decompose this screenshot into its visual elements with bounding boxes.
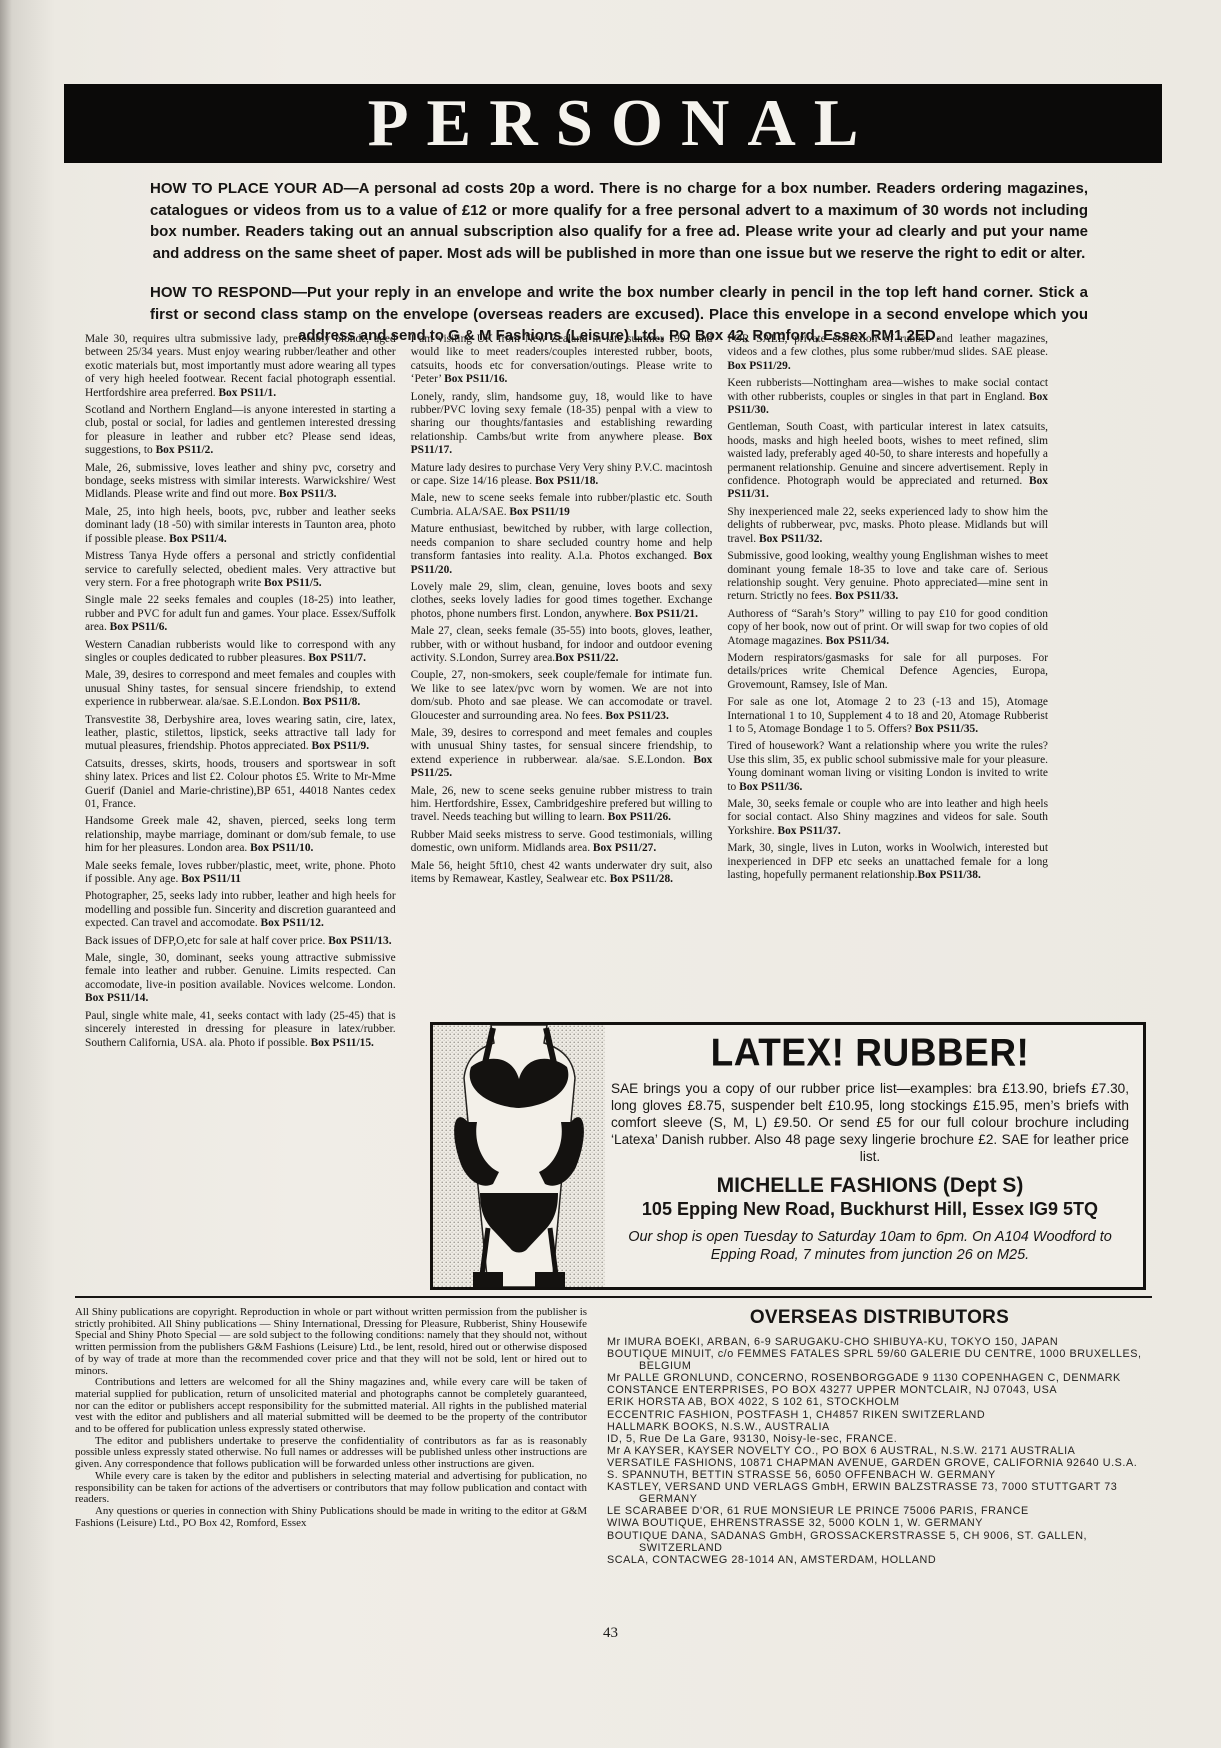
classified-ad: Male seeks female, loves rubber/plastic,… <box>85 860 396 887</box>
classified-ad: Male, 26, new to scene seeks genuine rub… <box>411 785 713 825</box>
latex-lingerie-illustration <box>433 1025 605 1287</box>
classified-ad: FOR SALE, private collection of rubber a… <box>727 333 1048 373</box>
distributor-entry: LE SCARABEE D'OR, 61 RUE MONSIEUR LE PRI… <box>607 1505 1152 1517</box>
magazine-page: PERSONAL HOW TO PLACE YOUR AD—A personal… <box>0 0 1221 1748</box>
classified-ad: For sale as one lot, Atomage 2 to 23 (-1… <box>727 696 1048 736</box>
how-to-place-ad-label: HOW TO PLACE YOUR AD <box>150 180 344 197</box>
box-number: Box PS11/32. <box>759 533 822 545</box>
classified-ad: Mistress Tanya Hyde offers a personal an… <box>85 550 396 590</box>
legal-paragraph: All Shiny publications are copyright. Re… <box>75 1307 587 1377</box>
distributor-entry: BOUTIQUE MINUIT, c/o FEMMES FATALES SPRL… <box>607 1348 1152 1372</box>
classified-ad: Male, single, 30, dominant, seeks young … <box>85 952 396 1006</box>
classified-ad: Western Canadian rubberists would like t… <box>85 639 396 666</box>
classified-ad: Mature enthusiast, bewitched by rubber, … <box>411 523 713 577</box>
classified-ad: Male, 39, desires to correspond and meet… <box>411 727 713 781</box>
box-number: Box PS11/6. <box>110 621 168 633</box>
classified-ad: Gentleman, South Coast, with particular … <box>727 421 1048 501</box>
distributor-entry: CONSTANCE ENTERPRISES, PO BOX 43277 UPPE… <box>607 1384 1152 1396</box>
box-number: Box PS11/21. <box>635 608 698 620</box>
classified-ad: Male 56, height 5ft10, chest 42 wants un… <box>411 860 713 887</box>
box-number: Box PS11/2. <box>156 444 214 456</box>
legal-paragraph: Any questions or queries in connection w… <box>75 1506 587 1529</box>
classified-ad: Paul, single white male, 41, seeks conta… <box>85 1010 396 1050</box>
distributor-entry: HALLMARK BOOKS, N.S.W., AUSTRALIA <box>607 1421 1152 1433</box>
classified-ad: Back issues of DFP,O,etc for sale at hal… <box>85 935 396 948</box>
classified-ad: Male, 39, desires to correspond and meet… <box>85 669 396 709</box>
legal-paragraph: Contributions and letters are welcomed f… <box>75 1377 587 1436</box>
distributor-entry: Mr PALLE GRONLUND, CONCERNO, ROSENBORGGA… <box>607 1372 1152 1384</box>
latex-rubber-advert: LATEX! RUBBER! SAE brings you a copy of … <box>430 1022 1146 1290</box>
distributor-entry: BOUTIQUE DANA, SADANAS GmbH, GROSSACKERS… <box>607 1530 1152 1554</box>
box-number: Box PS11/29. <box>727 360 790 372</box>
box-number: Box PS11/4. <box>169 533 227 545</box>
box-number: Box PS11/9. <box>312 740 370 752</box>
box-number: Box PS11/35. <box>915 723 978 735</box>
classified-ad: Male, 30, seeks female or couple who are… <box>727 798 1048 838</box>
legal-paragraph: While every care is taken by the editor … <box>75 1471 587 1506</box>
page-title: PERSONAL <box>350 84 877 163</box>
classified-ad: Shy inexperienced male 22, seeks experie… <box>727 506 1048 546</box>
classified-ad: Catsuits, dresses, skirts, hoods, trouse… <box>85 758 396 812</box>
box-number: Box PS11/37. <box>777 825 840 837</box>
classified-ad: Modern respirators/gasmasks for sale for… <box>727 652 1048 692</box>
classified-ads: Male 30, requires ultra submissive lady,… <box>85 333 1048 1054</box>
classified-ad: Couple, 27, non-smokers, seek couple/fem… <box>411 669 713 723</box>
box-number: Box PS11/8. <box>303 696 361 708</box>
latex-ad-company: MICHELLE FASHIONS (Dept S) <box>611 1174 1129 1198</box>
distributors-heading: OVERSEAS DISTRIBUTORS <box>607 1307 1152 1329</box>
latex-ad-address: 105 Epping New Road, Buckhurst Hill, Ess… <box>611 1198 1129 1220</box>
classified-ad: Submissive, good looking, wealthy young … <box>727 550 1048 604</box>
footer-section: All Shiny publications are copyright. Re… <box>75 1296 1152 1566</box>
latex-ad-opening-hours: Our shop is open Tuesday to Saturday 10a… <box>611 1228 1129 1264</box>
box-number: Box PS11/23. <box>606 710 669 722</box>
box-number: Box PS11/36. <box>739 781 802 793</box>
classified-ad: Keen rubberists—Nottingham area—wishes t… <box>727 377 1048 417</box>
classified-ad: Male, 26, submissive, loves leather and … <box>85 462 396 502</box>
box-number: Box PS11/16. <box>444 373 507 385</box>
how-to-respond-label: HOW TO RESPOND <box>150 284 292 301</box>
distributor-entry: KASTLEY, VERSAND UND VERLAGS GmbH, ERWIN… <box>607 1481 1152 1505</box>
box-number: Box PS11/34. <box>826 635 889 647</box>
box-number: Box PS11/26. <box>608 811 671 823</box>
box-number: Box PS11/28. <box>610 873 673 885</box>
distributor-entry: ID, 5, Rue De La Gare, 93130, Noisy-le-s… <box>607 1433 1152 1445</box>
box-number: Box PS11/15. <box>311 1037 374 1049</box>
personal-banner: PERSONAL <box>64 84 1162 163</box>
page-number: 43 <box>0 1625 1221 1642</box>
classified-ad: Single male 22 seeks females and couples… <box>85 594 396 634</box>
latex-ad-title: LATEX! RUBBER! <box>611 1032 1129 1074</box>
classified-ad: Male 30, requires ultra submissive lady,… <box>85 333 396 400</box>
distributor-entry: Mr A KAYSER, KAYSER NOVELTY CO., PO BOX … <box>607 1445 1152 1457</box>
distributor-entry: ERIK HORSTA AB, BOX 4022, S 102 61, STOC… <box>607 1396 1152 1408</box>
distributor-entry: ECCENTRIC FASHION, POSTFASH 1, CH4857 RI… <box>607 1409 1152 1421</box>
classified-ad: Handsome Greek male 42, shaven, pierced,… <box>85 815 396 855</box>
box-number: Box PS11/33. <box>835 590 898 602</box>
box-number: Box PS11/7. <box>308 652 366 664</box>
box-number: Box PS11/14. <box>85 992 148 1004</box>
box-number: Box PS11/11 <box>181 873 241 885</box>
ads-column-3: FOR SALE, private collection of rubber a… <box>727 333 1048 1054</box>
distributors-list: Mr IMURA BOEKI, ARBAN, 6-9 SARUGAKU-CHO … <box>607 1336 1152 1566</box>
latex-ad-content: LATEX! RUBBER! SAE brings you a copy of … <box>605 1025 1143 1287</box>
legal-paragraph: The editor and publishers undertake to p… <box>75 1436 587 1471</box>
classified-ad: Photographer, 25, seeks lady into rubber… <box>85 890 396 930</box>
distributor-entry: SCALA, CONTACWEG 28-1014 AN, AMSTERDAM, … <box>607 1554 1152 1566</box>
box-number: Box PS11/38. <box>918 869 981 881</box>
classified-ad: Male, 25, into high heels, boots, pvc, r… <box>85 506 396 546</box>
box-number: Box PS11/10. <box>250 842 313 854</box>
ads-column-2: I am visiting UK from New Zealand in lat… <box>411 333 713 1054</box>
latex-ad-body-text: SAE brings you a copy of our rubber pric… <box>611 1080 1129 1165</box>
distributor-entry: Mr IMURA BOEKI, ARBAN, 6-9 SARUGAKU-CHO … <box>607 1336 1152 1348</box>
overseas-distributors: OVERSEAS DISTRIBUTORS Mr IMURA BOEKI, AR… <box>607 1307 1152 1566</box>
box-number: Box PS11/27. <box>593 842 656 854</box>
classified-ad: Mature lady desires to purchase Very Ver… <box>411 462 713 489</box>
classified-ad: Rubber Maid seeks mistress to serve. Goo… <box>411 829 713 856</box>
box-number: Box PS11/18. <box>535 475 598 487</box>
box-number: Box PS11/13. <box>328 935 391 947</box>
classified-ad: Mark, 30, single, lives in Luton, works … <box>727 842 1048 882</box>
classified-ad: Scotland and Northern England—is anyone … <box>85 404 396 458</box>
box-number: Box PS11/3. <box>279 488 337 500</box>
classified-ad: Transvestite 38, Derbyshire area, loves … <box>85 714 396 754</box>
how-to-place-ad: HOW TO PLACE YOUR AD—A personal ad costs… <box>150 178 1088 264</box>
box-number: Box PS11/5. <box>264 577 322 589</box>
box-number: Box PS11/22. <box>555 652 618 664</box>
copyright-notice: All Shiny publications are copyright. Re… <box>75 1307 587 1566</box>
box-number: Box PS11/12. <box>261 917 324 929</box>
box-number: Box PS11/19 <box>509 506 569 518</box>
classified-ad: Authoress of “Sarah’s Story” willing to … <box>727 608 1048 648</box>
classified-ad: Tired of housework? Want a relationship … <box>727 740 1048 794</box>
classified-ad: Lonely, randy, slim, handsome guy, 18, w… <box>411 391 713 458</box>
classified-ad: Male, new to scene seeks female into rub… <box>411 492 713 519</box>
distributor-entry: S. SPANNUTH, BETTIN STRASSE 56, 6050 OFF… <box>607 1469 1152 1481</box>
classified-ad: Lovely male 29, slim, clean, genuine, lo… <box>411 581 713 621</box>
distributor-entry: VERSATILE FASHIONS, 10871 CHAPMAN AVENUE… <box>607 1457 1152 1469</box>
distributor-entry: WIWA BOUTIQUE, EHRENSTRASSE 32, 5000 KOL… <box>607 1517 1152 1529</box>
classified-ad: I am visiting UK from New Zealand in lat… <box>411 333 713 387</box>
classified-ad: Male 27, clean, seeks female (35-55) int… <box>411 625 713 665</box>
box-number: Box PS11/1. <box>218 387 276 399</box>
ads-column-1: Male 30, requires ultra submissive lady,… <box>85 333 396 1054</box>
